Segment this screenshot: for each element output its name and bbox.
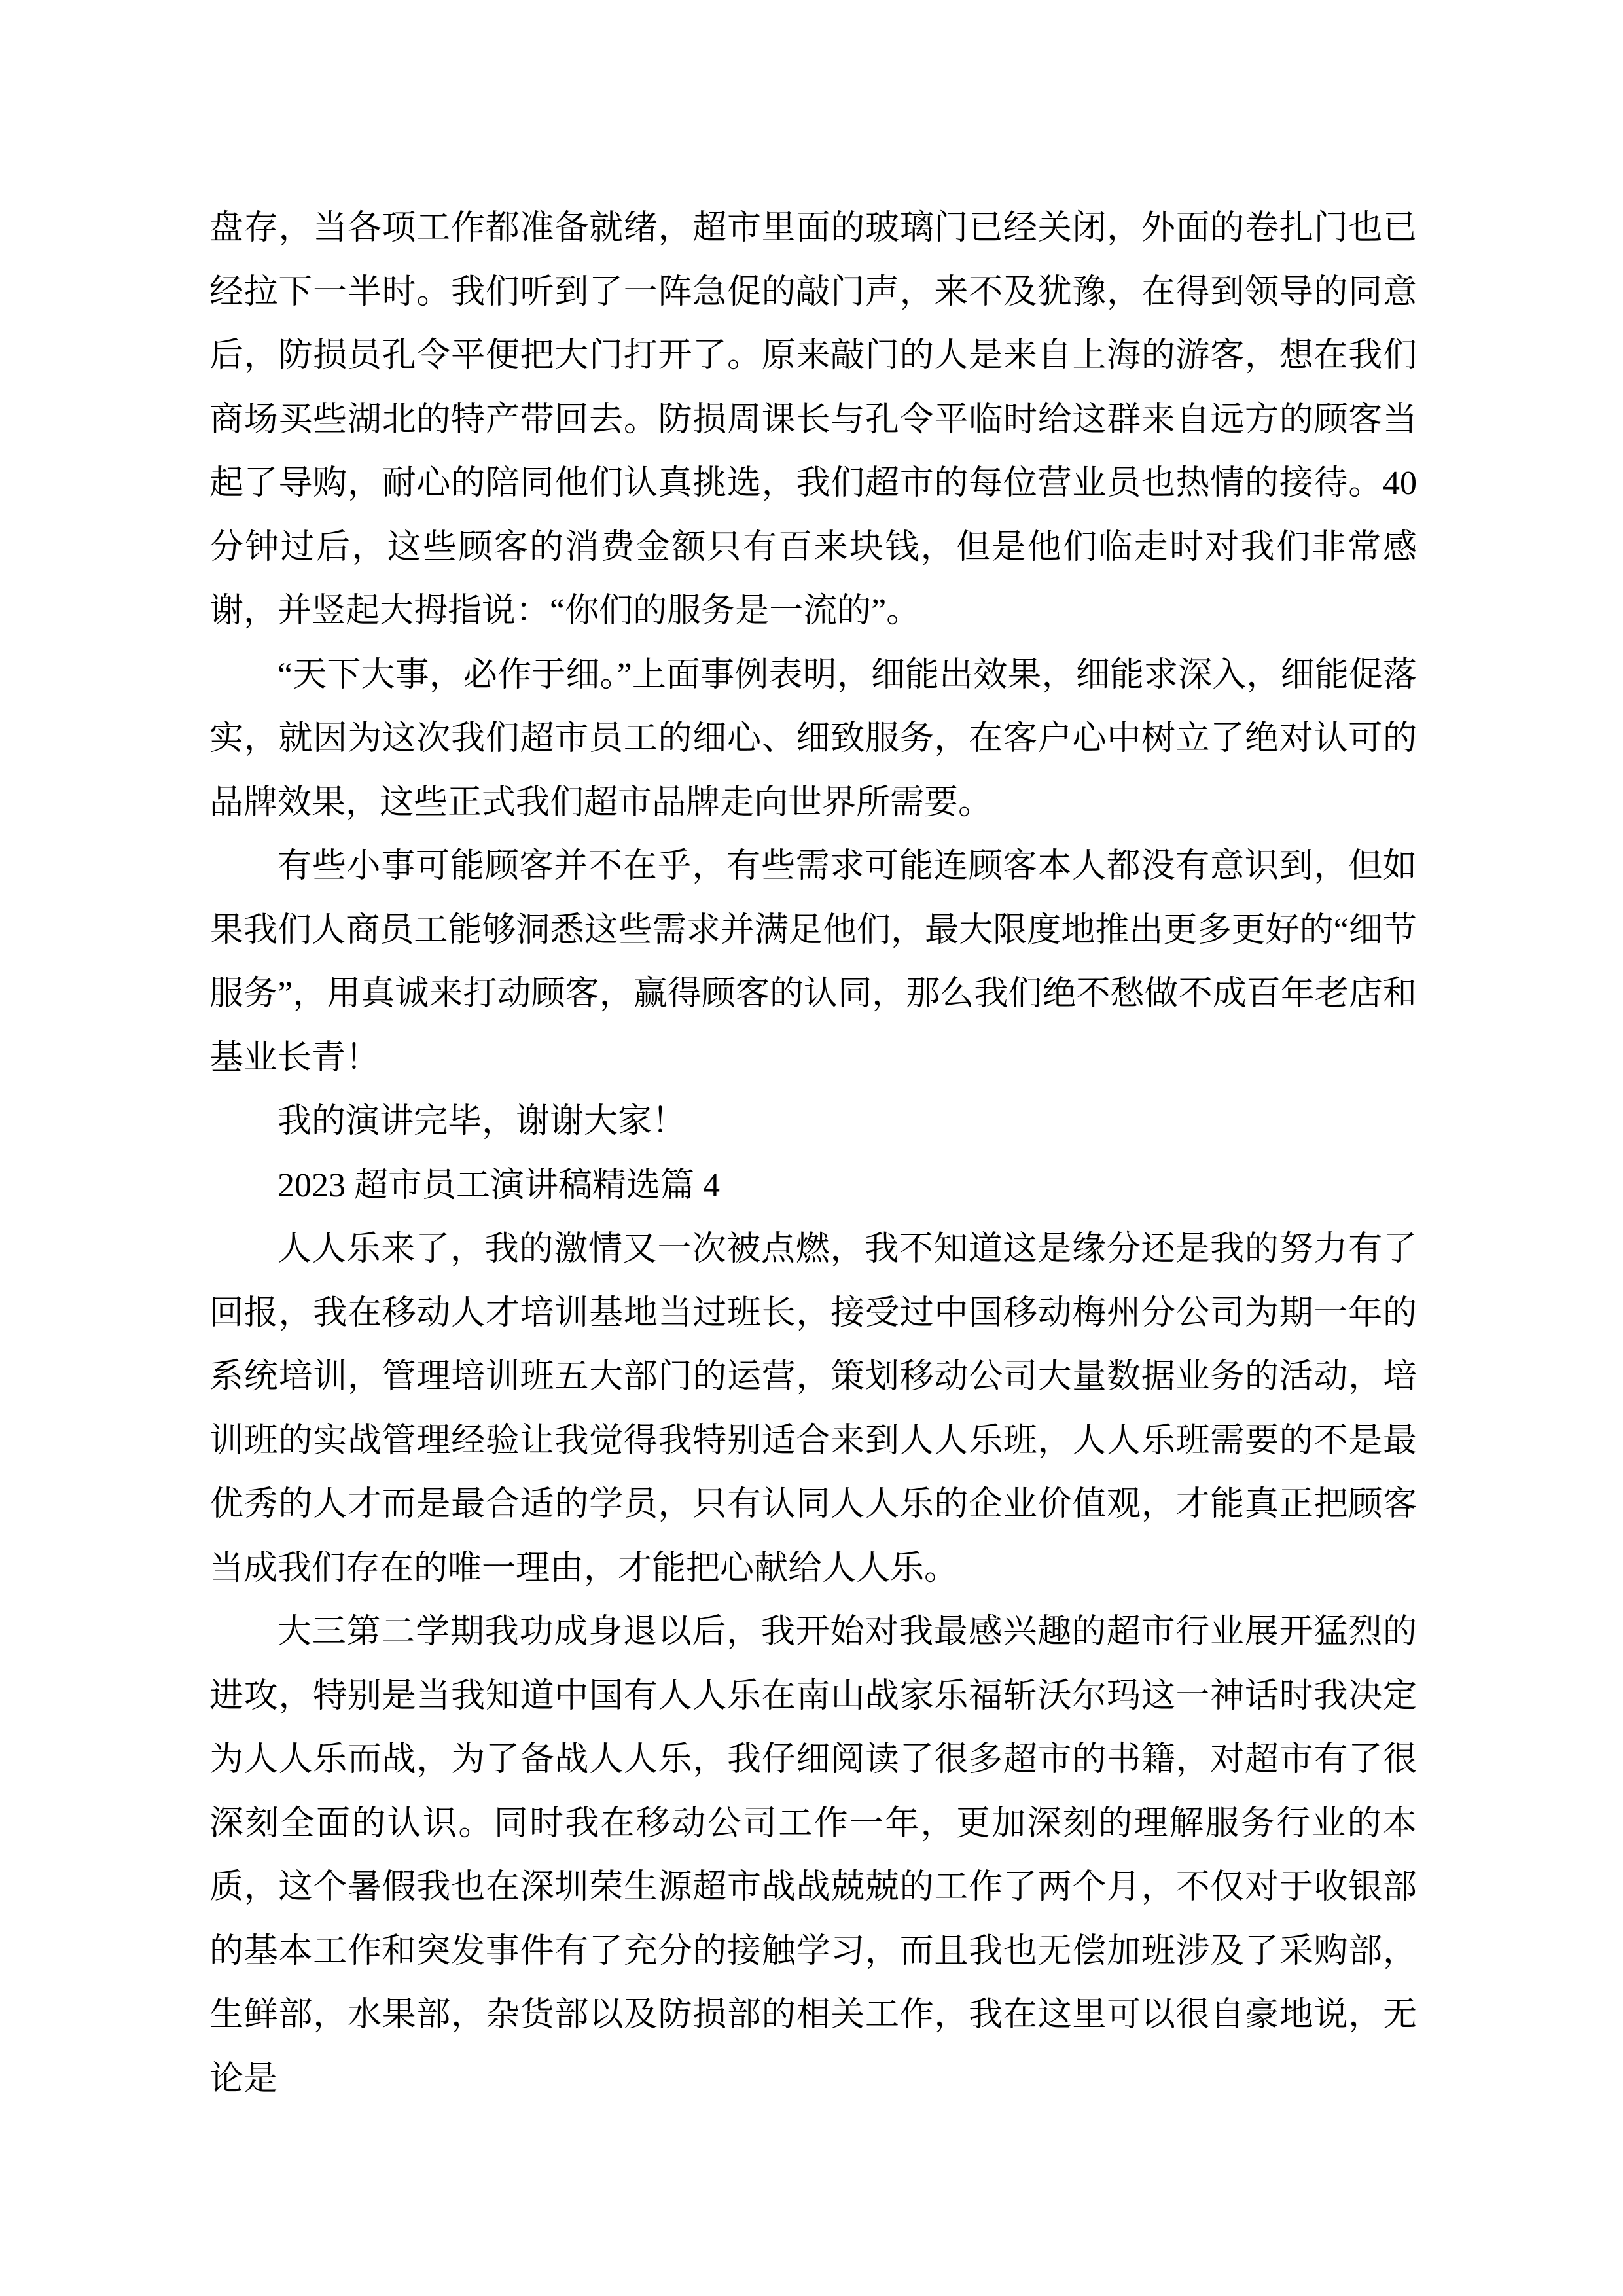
paragraph: 有些小事可能顾客并不在乎，有些需求可能连顾客本人都没有意识到，但如果我们人商员工… bbox=[209, 834, 1417, 1090]
paragraph: 大三第二学期我功成身退以后，我开始对我最感兴趣的超市行业展开猛烈的进攻，特别是当… bbox=[209, 1600, 1417, 2111]
document-page: 盘存，当各项工作都准备就绪，超市里面的玻璃门已经关闭，外面的卷扎门也已经拉下一半… bbox=[0, 0, 1623, 2296]
paragraph: 我的演讲完毕，谢谢大家！ bbox=[209, 1090, 1417, 1154]
paragraph: 人人乐来了，我的激情又一次被点燃，我不知道这是缘分还是我的努力有了回报，我在移动… bbox=[209, 1217, 1417, 1600]
paragraph: 2023 超市员工演讲稿精选篇 4 bbox=[209, 1154, 1417, 1218]
paragraph: 盘存，当各项工作都准备就绪，超市里面的玻璃门已经关闭，外面的卷扎门也已经拉下一半… bbox=[209, 196, 1417, 643]
document-text: 盘存，当各项工作都准备就绪，超市里面的玻璃门已经关闭，外面的卷扎门也已经拉下一半… bbox=[209, 196, 1417, 2111]
paragraph: “天下大事，必作于细。”上面事例表明，细能出效果，细能求深入，细能促落实，就因为… bbox=[209, 643, 1417, 835]
